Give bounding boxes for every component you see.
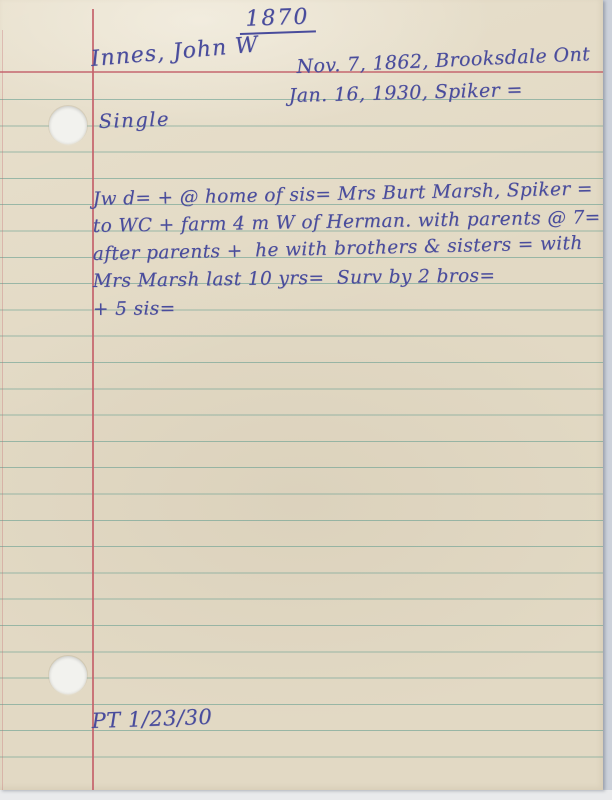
note-line: + 5 sis= — [93, 298, 176, 320]
footer-initials-date: PT 1/23/30 — [91, 705, 213, 733]
name-line: Innes, John W — [90, 32, 260, 72]
hole-punch-top — [49, 106, 87, 144]
hole-punch-bottom — [49, 656, 87, 694]
marital-status: Single — [98, 108, 170, 133]
scanned-notebook-page: 1870 Innes, John W Nov. 7, 1862, Brooksd… — [0, 0, 612, 800]
year-heading: 1870 — [239, 4, 316, 35]
paper-edge-line — [2, 30, 3, 790]
left-margin-red-line — [92, 9, 94, 790]
scanner-background-strip — [0, 790, 612, 800]
notebook-paper: 1870 Innes, John W Nov. 7, 1862, Brooksd… — [0, 0, 603, 790]
